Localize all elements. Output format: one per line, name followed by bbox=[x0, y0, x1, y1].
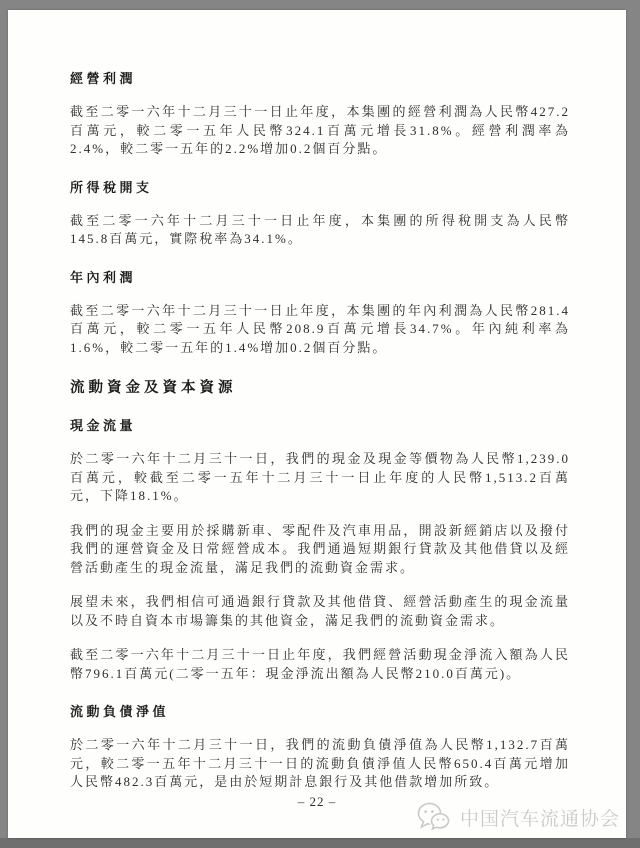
wechat-icon bbox=[416, 802, 454, 832]
heading-cash-flow: 現金流量 bbox=[70, 415, 570, 434]
heading-profit-for-the-year: 年內利潤 bbox=[70, 267, 570, 286]
paragraph-operating-cash-inflow: 截至二零一六年十二月三十一日止年度，我們經營活動現金淨流入額為人民幣796.1百… bbox=[70, 646, 570, 683]
document-content: 經營利潤 截至二零一六年十二月三十一日止年度，本集團的經營利潤為人民幣427.2… bbox=[70, 68, 570, 792]
heading-liquidity-capital-resources: 流動資金及資本資源 bbox=[70, 376, 570, 397]
paragraph-cash-usage: 我們的現金主要用於採購新車、零配件及汽車用品，開設新經銷店以及撥付我們的運營資金… bbox=[70, 522, 570, 578]
paragraph-profit-for-the-year: 截至二零一六年十二月三十一日止年度，本集團的年內利潤為人民幣281.4百萬元，較… bbox=[70, 302, 570, 358]
watermark: 中国汽车流通协会 bbox=[416, 802, 620, 832]
paragraph-outlook: 展望未來，我們相信可通過銀行貸款及其他借貸、經營活動產生的現金流量以及不時自資本… bbox=[70, 593, 570, 630]
paragraph-operating-profit: 截至二零一六年十二月三十一日止年度，本集團的經營利潤為人民幣427.2百萬元，較… bbox=[70, 103, 570, 159]
scan-frame-bottom bbox=[0, 838, 640, 848]
heading-net-current-liabilities: 流動負債淨值 bbox=[70, 701, 570, 720]
paragraph-cash-equivalents: 於二零一六年十二月三十一日，我們的現金及現金等價物為人民幣1,239.0百萬元，… bbox=[70, 450, 570, 506]
document-page: 經營利潤 截至二零一六年十二月三十一日止年度，本集團的經營利潤為人民幣427.2… bbox=[8, 10, 626, 838]
paragraph-income-tax-expense: 截至二零一六年十二月三十一日止年度，本集團的所得稅開支為人民幣145.8百萬元，… bbox=[70, 212, 570, 249]
paragraph-net-current-liabilities: 於二零一六年十二月三十一日，我們的流動負債淨值為人民幣1,132.7百萬元，較二… bbox=[70, 736, 570, 792]
watermark-text: 中国汽车流通协会 bbox=[460, 804, 620, 831]
heading-operating-profit: 經營利潤 bbox=[70, 68, 570, 87]
heading-income-tax-expense: 所得稅開支 bbox=[70, 177, 570, 196]
